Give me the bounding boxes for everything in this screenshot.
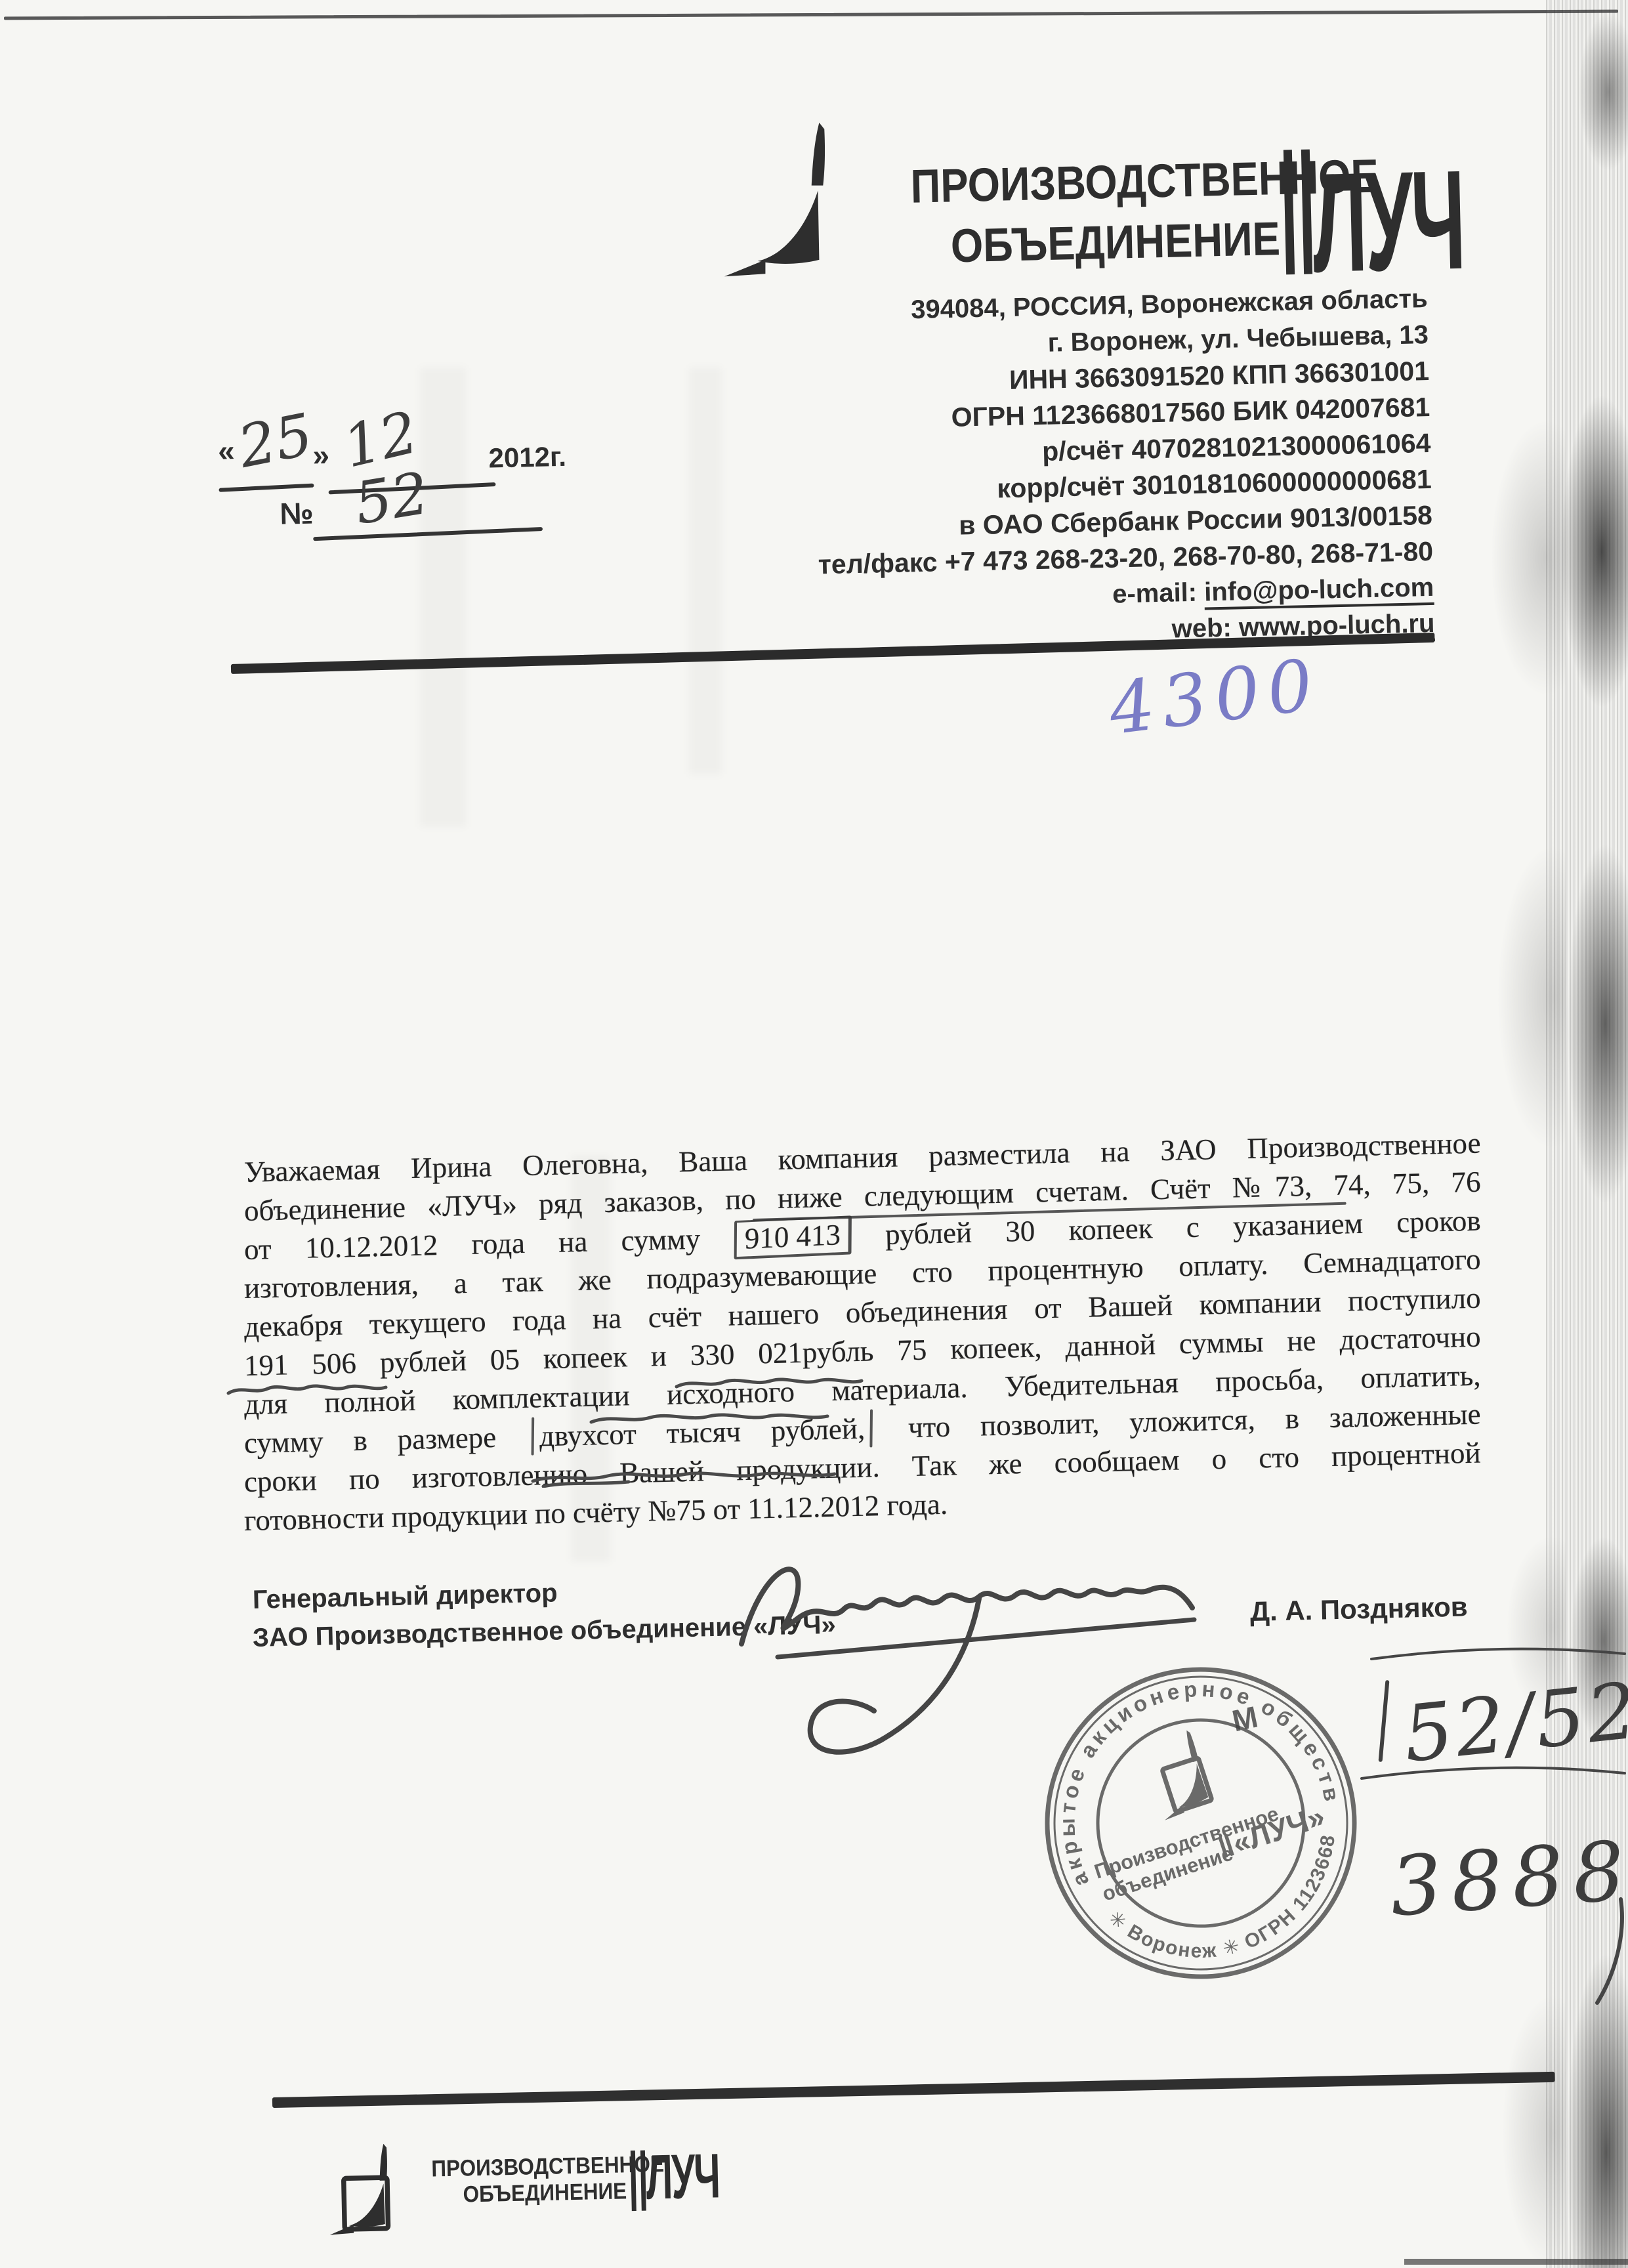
footer-logo: ПРОИЗВОДСТВЕННОЕ ОБЪЕДИНЕНИЕ ЛУЧ [327,2130,755,2244]
footer-separator-rule [272,2072,1555,2108]
signer-title: Генеральный директор [252,1578,558,1615]
footer-org-line1: ПРОИЗВОДСТВЕННОЕ [431,2152,627,2182]
luch-logo-icon [723,119,858,283]
date-close-quote: » [312,437,330,473]
pen-bracket-left [532,1417,535,1456]
scan-bottom-streak [1404,2259,1628,2265]
luch-logo-icon [327,2142,408,2238]
body-segment: от 10.12.2012 года на сумму [243,1223,700,1266]
scanned-letter-page: { "letterhead": { "org_line1": "ПРОИЗВОД… [0,0,1628,2268]
stamp-logo-icon [1140,1729,1214,1820]
pen-bracket-right [870,1409,873,1447]
handwritten-doc-number: 52 [350,459,433,538]
date-open-quote: « [218,432,236,469]
footer-org-line2: ОБЪЕДИНЕНИЕ [432,2178,627,2208]
signer-name: Д. А. Поздняков [1249,1591,1468,1627]
pen-squiggle-191506 [226,1381,390,1398]
footer-double-bar [631,2151,646,2211]
handwritten-blue-note: 4300 [1105,644,1325,751]
pen-boxed-amount: 910 413 [734,1215,852,1259]
number-underline [313,527,543,541]
day-underline [219,484,314,492]
logo-double-bar [1284,150,1312,275]
letterhead-org-line1: ПРОИЗВОДСТВЕННОЕ [910,155,1281,211]
pen-tick [1379,1680,1390,1762]
letterhead-company-info: 394084, РОССИЯ, Воронежская область г. В… [640,281,1435,659]
footer-brand: ЛУЧ [646,2145,720,2209]
letterhead-brand: ЛУЧ [1311,149,1465,293]
year-label: 2012г. [488,441,566,474]
pen-overline-ref [1368,1641,1628,1663]
handwritten-ref-bottom: 3888855 [1387,1811,1628,1935]
letterhead-org-line2: ОБЪЕДИНЕНИЕ [910,215,1281,271]
pen-squiggle-line7 [589,1410,831,1427]
letter-body: Уважаемая Ирина Олеговна, Ваша компания … [244,1153,1481,1560]
pen-underline-ref [1358,1757,1628,1784]
pen-squiggle-amount [530,1468,839,1488]
handwritten-day: 25 [233,400,318,481]
number-label: № [280,495,314,532]
body-segment: сумму в размере [243,1421,496,1459]
date-number-block: « 25 » 12 2012г. № 52 [212,399,622,546]
pen-squiggle-330021 [674,1375,864,1392]
email-value: info@po-luch.com [1204,573,1434,610]
company-stamp: Закрытое акционерное общество ✳ Россия ✳… [1040,1662,1362,1984]
email-label: e-mail: [1112,578,1205,609]
pen-flourish [1595,1897,1627,2008]
scan-top-edge-line [4,10,1618,20]
